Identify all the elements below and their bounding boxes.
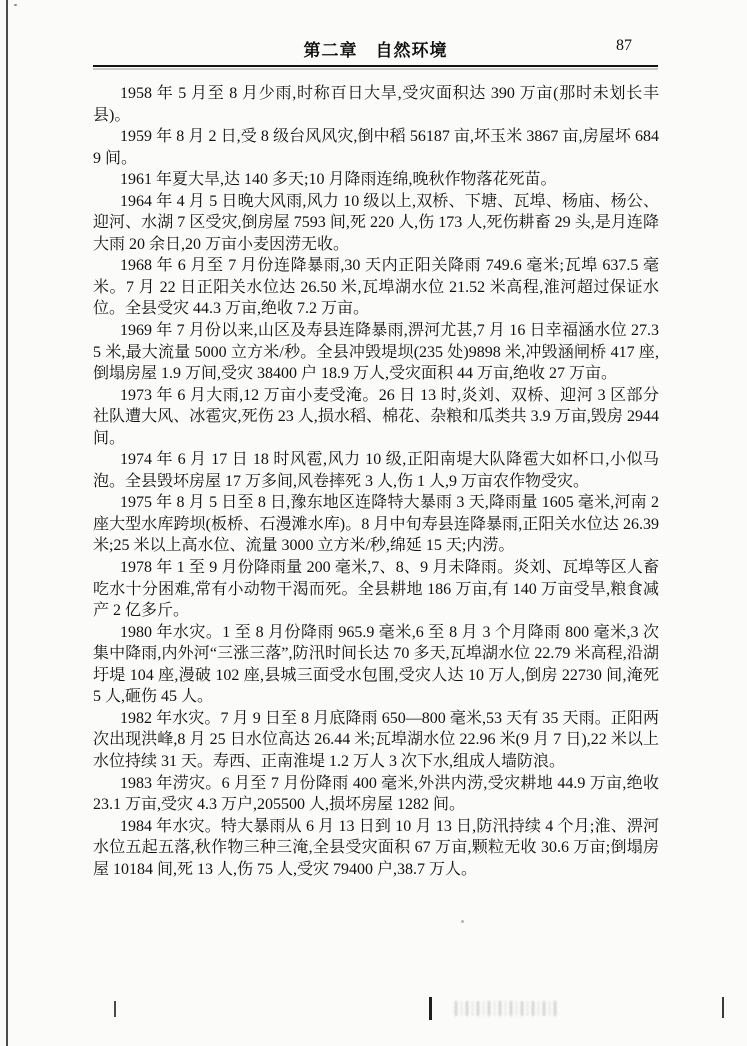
paragraph-1969: 1969 年 7 月份以来,山区及寿县连降暴雨,淠河尤甚,7 月 16 日幸福涵… [93,320,659,385]
chapter-title: 第二章 自然环境 [93,36,658,61]
paragraph-1968: 1968 年 6 月至 7 月份连降暴雨,30 天内正阳关降雨 749.6 毫米… [93,255,659,320]
header-rule [93,65,658,67]
paragraph-1964: 1964 年 4 月 5 日晚大风雨,风力 10 级以上,双桥、下塘、瓦埠、杨庙… [93,191,659,256]
body-text: 1958 年 5 月至 8 月少雨,时称百日大旱,受灾面积达 390 万亩(那时… [93,83,659,880]
scan-mark [722,997,724,1018]
scanned-book-page: 第二章 自然环境 87 1958 年 5 月至 8 月少雨,时称百日大旱,受灾面… [0,0,747,1046]
paragraph-1978: 1978 年 1 至 9 月份降雨量 200 毫米,7、8、9 月未降雨。炎刘、… [93,557,659,622]
paragraph-1975: 1975 年 8 月 5 日至 8 日,豫东地区连降特大暴雨 3 天,降雨量 1… [93,492,659,557]
paragraph-1959: 1959 年 8 月 2 日,受 8 级台风风灾,倒中稻 56187 亩,坏玉米… [93,126,659,169]
paragraph-1982: 1982 年水灾。7 月 9 日至 8 月底降雨 650—800 毫米,53 天… [93,708,659,773]
scan-binding-line [6,0,8,1046]
scan-mark [114,1001,116,1017]
page-header: 第二章 自然环境 87 [93,36,658,62]
scan-smudge-illegible [455,1001,557,1016]
page-number: 87 [616,37,632,55]
paragraph-1973: 1973 年 6 月大雨,12 万亩小麦受淹。26 日 13 时,炎刘、双桥、迎… [93,385,659,450]
paragraph-1980: 1980 年水灾。1 至 8 月份降雨 965.9 毫米,6 至 8 月 3 个… [93,622,659,708]
paragraph-1958: 1958 年 5 月至 8 月少雨,时称百日大旱,受灾面积达 390 万亩(那时… [93,83,659,126]
paragraph-1961: 1961 年夏大旱,达 140 多天;10 月降雨连绵,晚秋作物落花死苗。 [93,169,659,191]
scan-speck [461,920,464,923]
paragraph-1984: 1984 年水灾。特大暴雨从 6 月 13 日到 10 月 13 日,防汛持续 … [93,816,659,881]
scan-speck [14,4,17,6]
scan-mark [429,997,432,1020]
paragraph-1974: 1974 年 6 月 17 日 18 时风雹,风力 10 级,正阳南堤大队降雹大… [93,449,659,492]
paragraph-1983: 1983 年涝灾。6 月至 7 月份降雨 400 毫米,外洪内涝,受灾耕地 44… [93,773,659,816]
